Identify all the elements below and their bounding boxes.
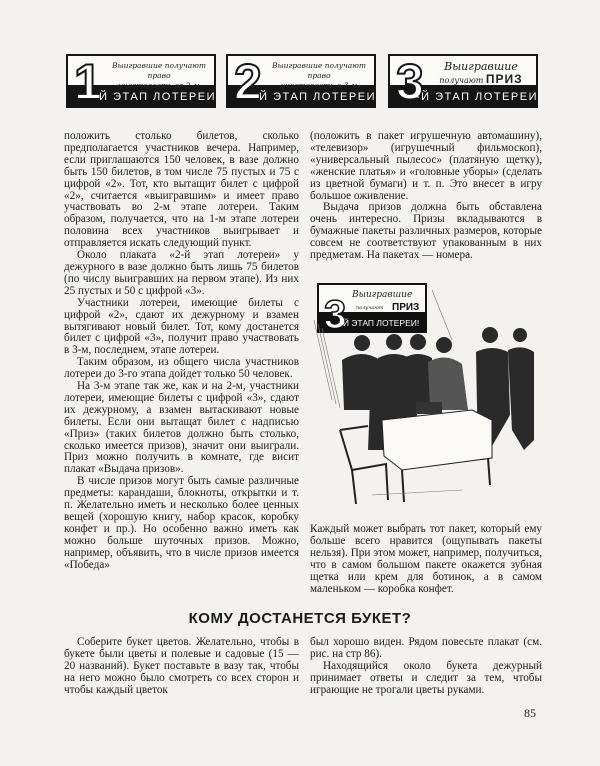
paragraph: В числе призов могут быть самые различны…: [64, 476, 299, 571]
svg-text:-Й ЭТАП ЛОТЕРЕИ!: -Й ЭТАП ЛОТЕРЕИ!: [340, 317, 419, 328]
lottery-posters-strip: 1 Выигравшие получают право участвовать …: [66, 54, 540, 108]
section-left-column: Соберите букет цветов. Желательно, чтобы…: [64, 637, 299, 697]
paragraph: был хорошо виден. Рядом повесьте плакат …: [310, 637, 542, 661]
poster-script-line: Выигравшие получают право: [268, 61, 370, 81]
svg-text:3: 3: [324, 293, 346, 337]
paragraph: Таким образом, из общего числа участнико…: [64, 357, 299, 381]
poster-script: Выигравшие получают ПРИЗ: [430, 61, 532, 87]
right-column-text: (положить в пакет игрушечную автомашину)…: [310, 131, 542, 262]
svg-text:ПРИЗ: ПРИЗ: [392, 302, 419, 313]
left-column-text: положить столько билетов, сколько предпо…: [64, 131, 299, 572]
paragraph: Участники лотереи, имеющие билеты с цифр…: [64, 298, 299, 358]
poster-stage-2: 2 Выигравшие получают право участвовать …: [226, 54, 376, 108]
paragraph: Около плаката «2-й этап лотереи» у дежур…: [64, 250, 299, 298]
paragraph: Соберите букет цветов. Желательно, чтобы…: [64, 637, 299, 697]
poster-script-small: получают: [439, 76, 483, 85]
poster-stage-1: 1 Выигравшие получают право участвовать …: [66, 54, 216, 108]
paragraph: (положить в пакет игрушечную автомашину)…: [310, 131, 542, 202]
poster-prize-word: ПРИЗ: [486, 72, 523, 86]
section-heading: КОМУ ДОСТАНЕТСЯ БУКЕТ?: [0, 610, 600, 627]
section-right-column: был хорошо виден. Рядом повесьте плакат …: [310, 637, 542, 697]
poster-band-text: -Й ЭТАП ЛОТЕРЕИ: [254, 91, 376, 103]
paragraph: Выдача призов должна быть обставлена оче…: [310, 202, 542, 262]
paragraph: положить столько билетов, сколько предпо…: [64, 131, 299, 250]
illustration-poster: 3 Выигравшие получают ПРИЗ -Й ЭТАП ЛОТЕР…: [318, 284, 426, 337]
svg-text:Выигравшие: Выигравшие: [351, 290, 412, 300]
poster-stage-3: 3 Выигравшие получают ПРИЗ -Й ЭТАП ЛОТЕР…: [388, 54, 538, 108]
poster-band-text: -Й ЭТАП ЛОТЕРЕИ !: [416, 91, 538, 103]
illustration-caption: Каждый может выбрать тот пакет, который …: [310, 524, 542, 595]
poster-script-line: получают ПРИЗ: [430, 73, 532, 87]
lottery-prize-illustration: 3 Выигравшие получают ПРИЗ -Й ЭТАП ЛОТЕР…: [312, 280, 544, 506]
svg-text:получают: получают: [356, 305, 384, 311]
poster-band-text: -Й ЭТАП ЛОТЕРЕИ: [94, 91, 216, 103]
poster-script-line: Выигравшие получают право: [108, 61, 210, 81]
page-number: 85: [524, 706, 536, 721]
paragraph: На 3-м этапе так же, как и на 2-м, участ…: [64, 381, 299, 476]
paragraph: Находящийся около букета дежурный приним…: [310, 661, 542, 697]
